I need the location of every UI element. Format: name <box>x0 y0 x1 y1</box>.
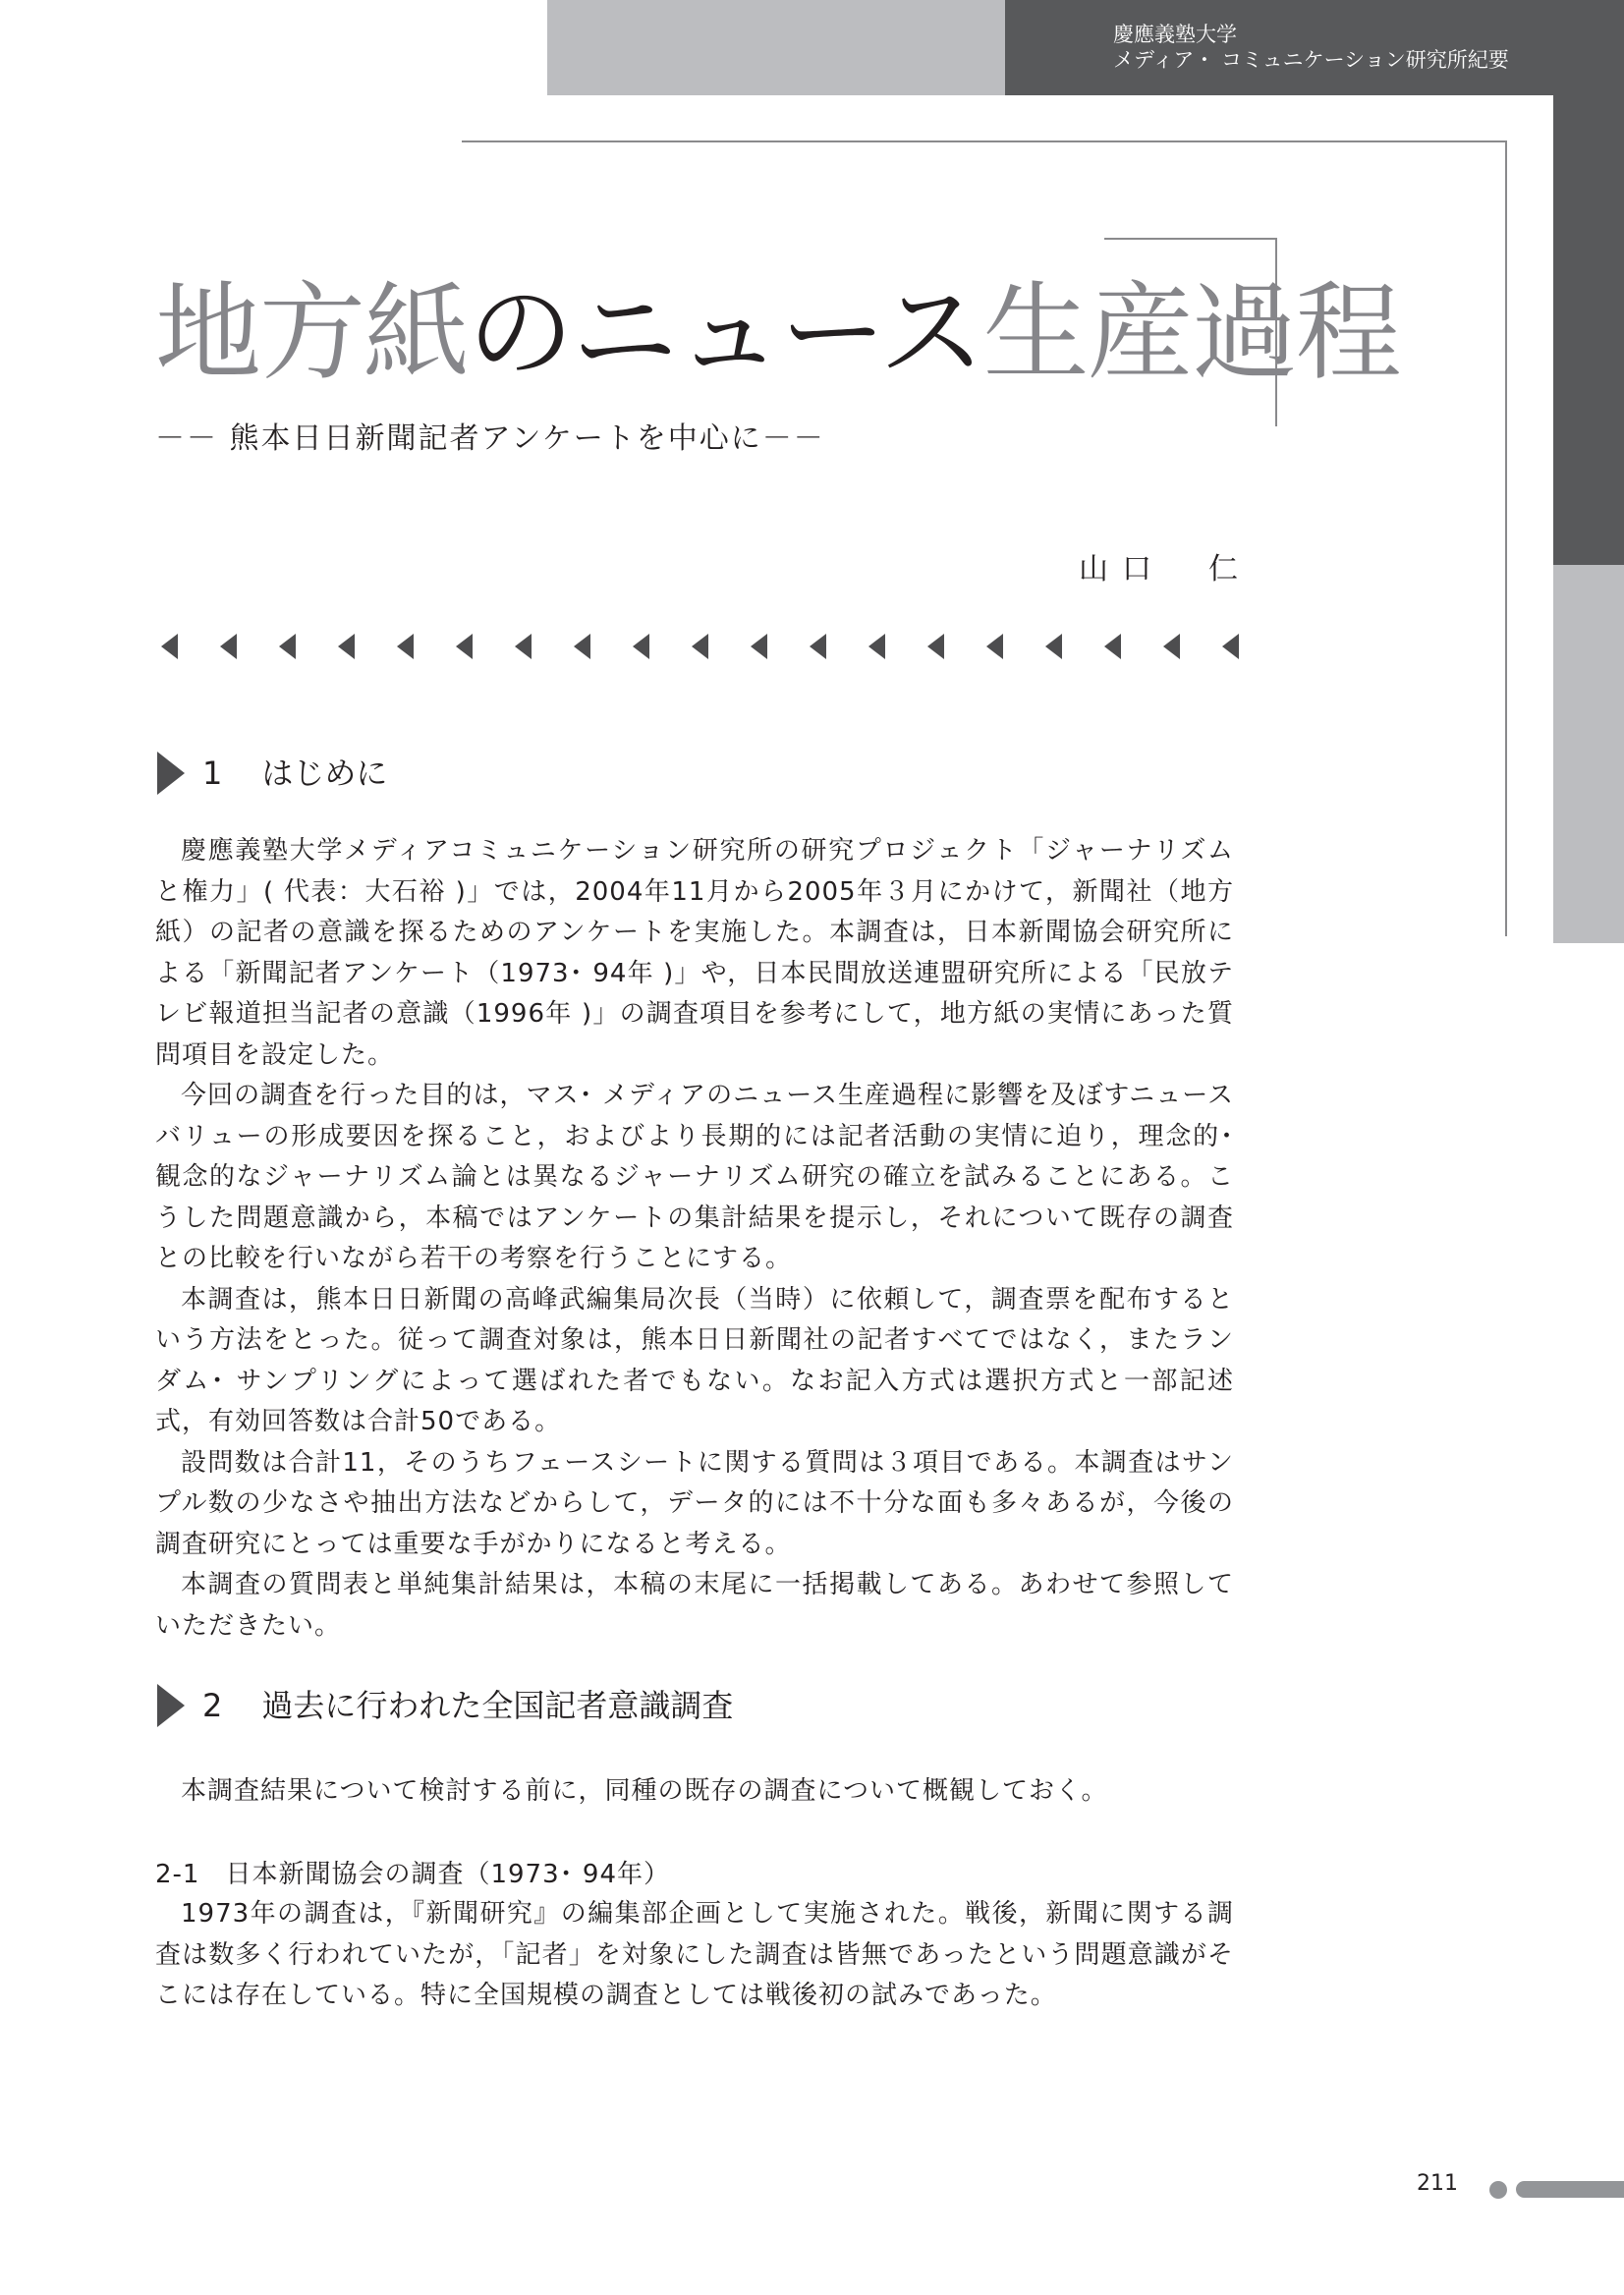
journal-name-line2: メディア・ コミュニケーション研究所紀要 <box>1113 47 1509 73</box>
left-triangle-icon <box>810 634 826 659</box>
page-number: 211 <box>1417 2171 1458 2196</box>
title-part-2: のニュース <box>468 272 983 395</box>
title-bracket-horizontal <box>1104 238 1277 240</box>
left-triangle-icon <box>574 634 590 659</box>
paragraph: 本調査は，熊本日日新聞の高峰武編集局次長（当時）に依頼して，調査票を配布するとい… <box>155 1280 1234 1443</box>
left-triangle-icon <box>692 634 708 659</box>
subsection-2-1-heading: 2-1日本新聞協会の調査（1973･ 94年） <box>155 1855 670 1894</box>
section-2-heading: 2 過去に行われた全国記者意識調査 <box>157 1684 733 1727</box>
left-triangle-icon <box>633 634 649 659</box>
subsection-number: 2-1 <box>155 1860 199 1889</box>
section-marker-icon <box>157 1684 185 1727</box>
paragraph: 慶應義塾大学メディアコミュニケーション研究所の研究プロジェクト「ジャーナリズムと… <box>155 831 1234 1076</box>
left-triangle-icon <box>1222 634 1239 659</box>
paragraph: 設問数は合計11，そのうちフェースシートに関する質問は３項目である。本調査はサン… <box>155 1443 1234 1566</box>
decorative-arrow-row <box>161 634 1281 659</box>
footer-dot <box>1489 2181 1507 2199</box>
section-1-heading: 1 はじめに <box>157 752 387 795</box>
section-title: はじめに <box>261 752 387 795</box>
frame-line-horizontal <box>462 140 1507 142</box>
left-triangle-icon <box>868 634 885 659</box>
left-triangle-icon <box>338 634 355 659</box>
left-triangle-icon <box>1163 634 1180 659</box>
section-number: 2 <box>202 1684 222 1727</box>
section-title: 過去に行われた全国記者意識調査 <box>261 1684 733 1727</box>
section-2-intro: 本調査結果について検討する前に，同種の既存の調査について概観しておく。 <box>155 1771 1234 1813</box>
left-triangle-icon <box>397 634 414 659</box>
left-triangle-icon <box>1045 634 1062 659</box>
left-triangle-icon <box>751 634 767 659</box>
side-tab-dark <box>1553 95 1624 565</box>
section-number: 1 <box>202 752 222 795</box>
title-part-3: 生産過程 <box>983 272 1400 395</box>
title-part-1: 地方紙 <box>155 272 468 395</box>
paragraph: 1973年の調査は，『新聞研究』の編集部企画として実施された。戦後，新聞に関する… <box>155 1894 1234 2017</box>
left-triangle-icon <box>927 634 944 659</box>
journal-name-line1: 慶應義塾大学 <box>1113 22 1509 47</box>
left-triangle-icon <box>279 634 296 659</box>
journal-name: 慶應義塾大学 メディア・ コミュニケーション研究所紀要 <box>1113 22 1509 73</box>
article-subtitle: －－ 熊本日日新聞記者アンケートを中心に－－ <box>155 420 825 459</box>
paragraph: 本調査結果について検討する前に，同種の既存の調査について概観しておく。 <box>155 1771 1234 1813</box>
left-triangle-icon <box>220 634 237 659</box>
section-1-body: 慶應義塾大学メディアコミュニケーション研究所の研究プロジェクト「ジャーナリズムと… <box>155 831 1234 1647</box>
footer-bar <box>1516 2181 1624 2198</box>
left-triangle-icon <box>161 634 178 659</box>
left-triangle-icon <box>515 634 532 659</box>
paragraph: 本調査の質問表と単純集計結果は，本稿の末尾に一括掲載してある。あわせて参照してい… <box>155 1565 1234 1647</box>
side-tab-light <box>1553 565 1624 943</box>
section-marker-icon <box>157 752 185 795</box>
subsection-title: 日本新聞協会の調査（1973･ 94年） <box>225 1860 670 1889</box>
header-band-light <box>547 0 1005 95</box>
subsection-2-1-body: 1973年の調査は，『新聞研究』の編集部企画として実施された。戦後，新聞に関する… <box>155 1894 1234 2017</box>
left-triangle-icon <box>1104 634 1121 659</box>
left-triangle-icon <box>456 634 473 659</box>
paragraph: 今回の調査を行った目的は，マス･ メディアのニュース生産過程に影響を及ぼすニュー… <box>155 1076 1234 1280</box>
article-title: 地方紙のニュース生産過程 <box>155 275 1400 393</box>
left-triangle-icon <box>986 634 1003 659</box>
author-name: 山口 仁 <box>1079 550 1252 589</box>
frame-line-vertical <box>1505 140 1507 936</box>
